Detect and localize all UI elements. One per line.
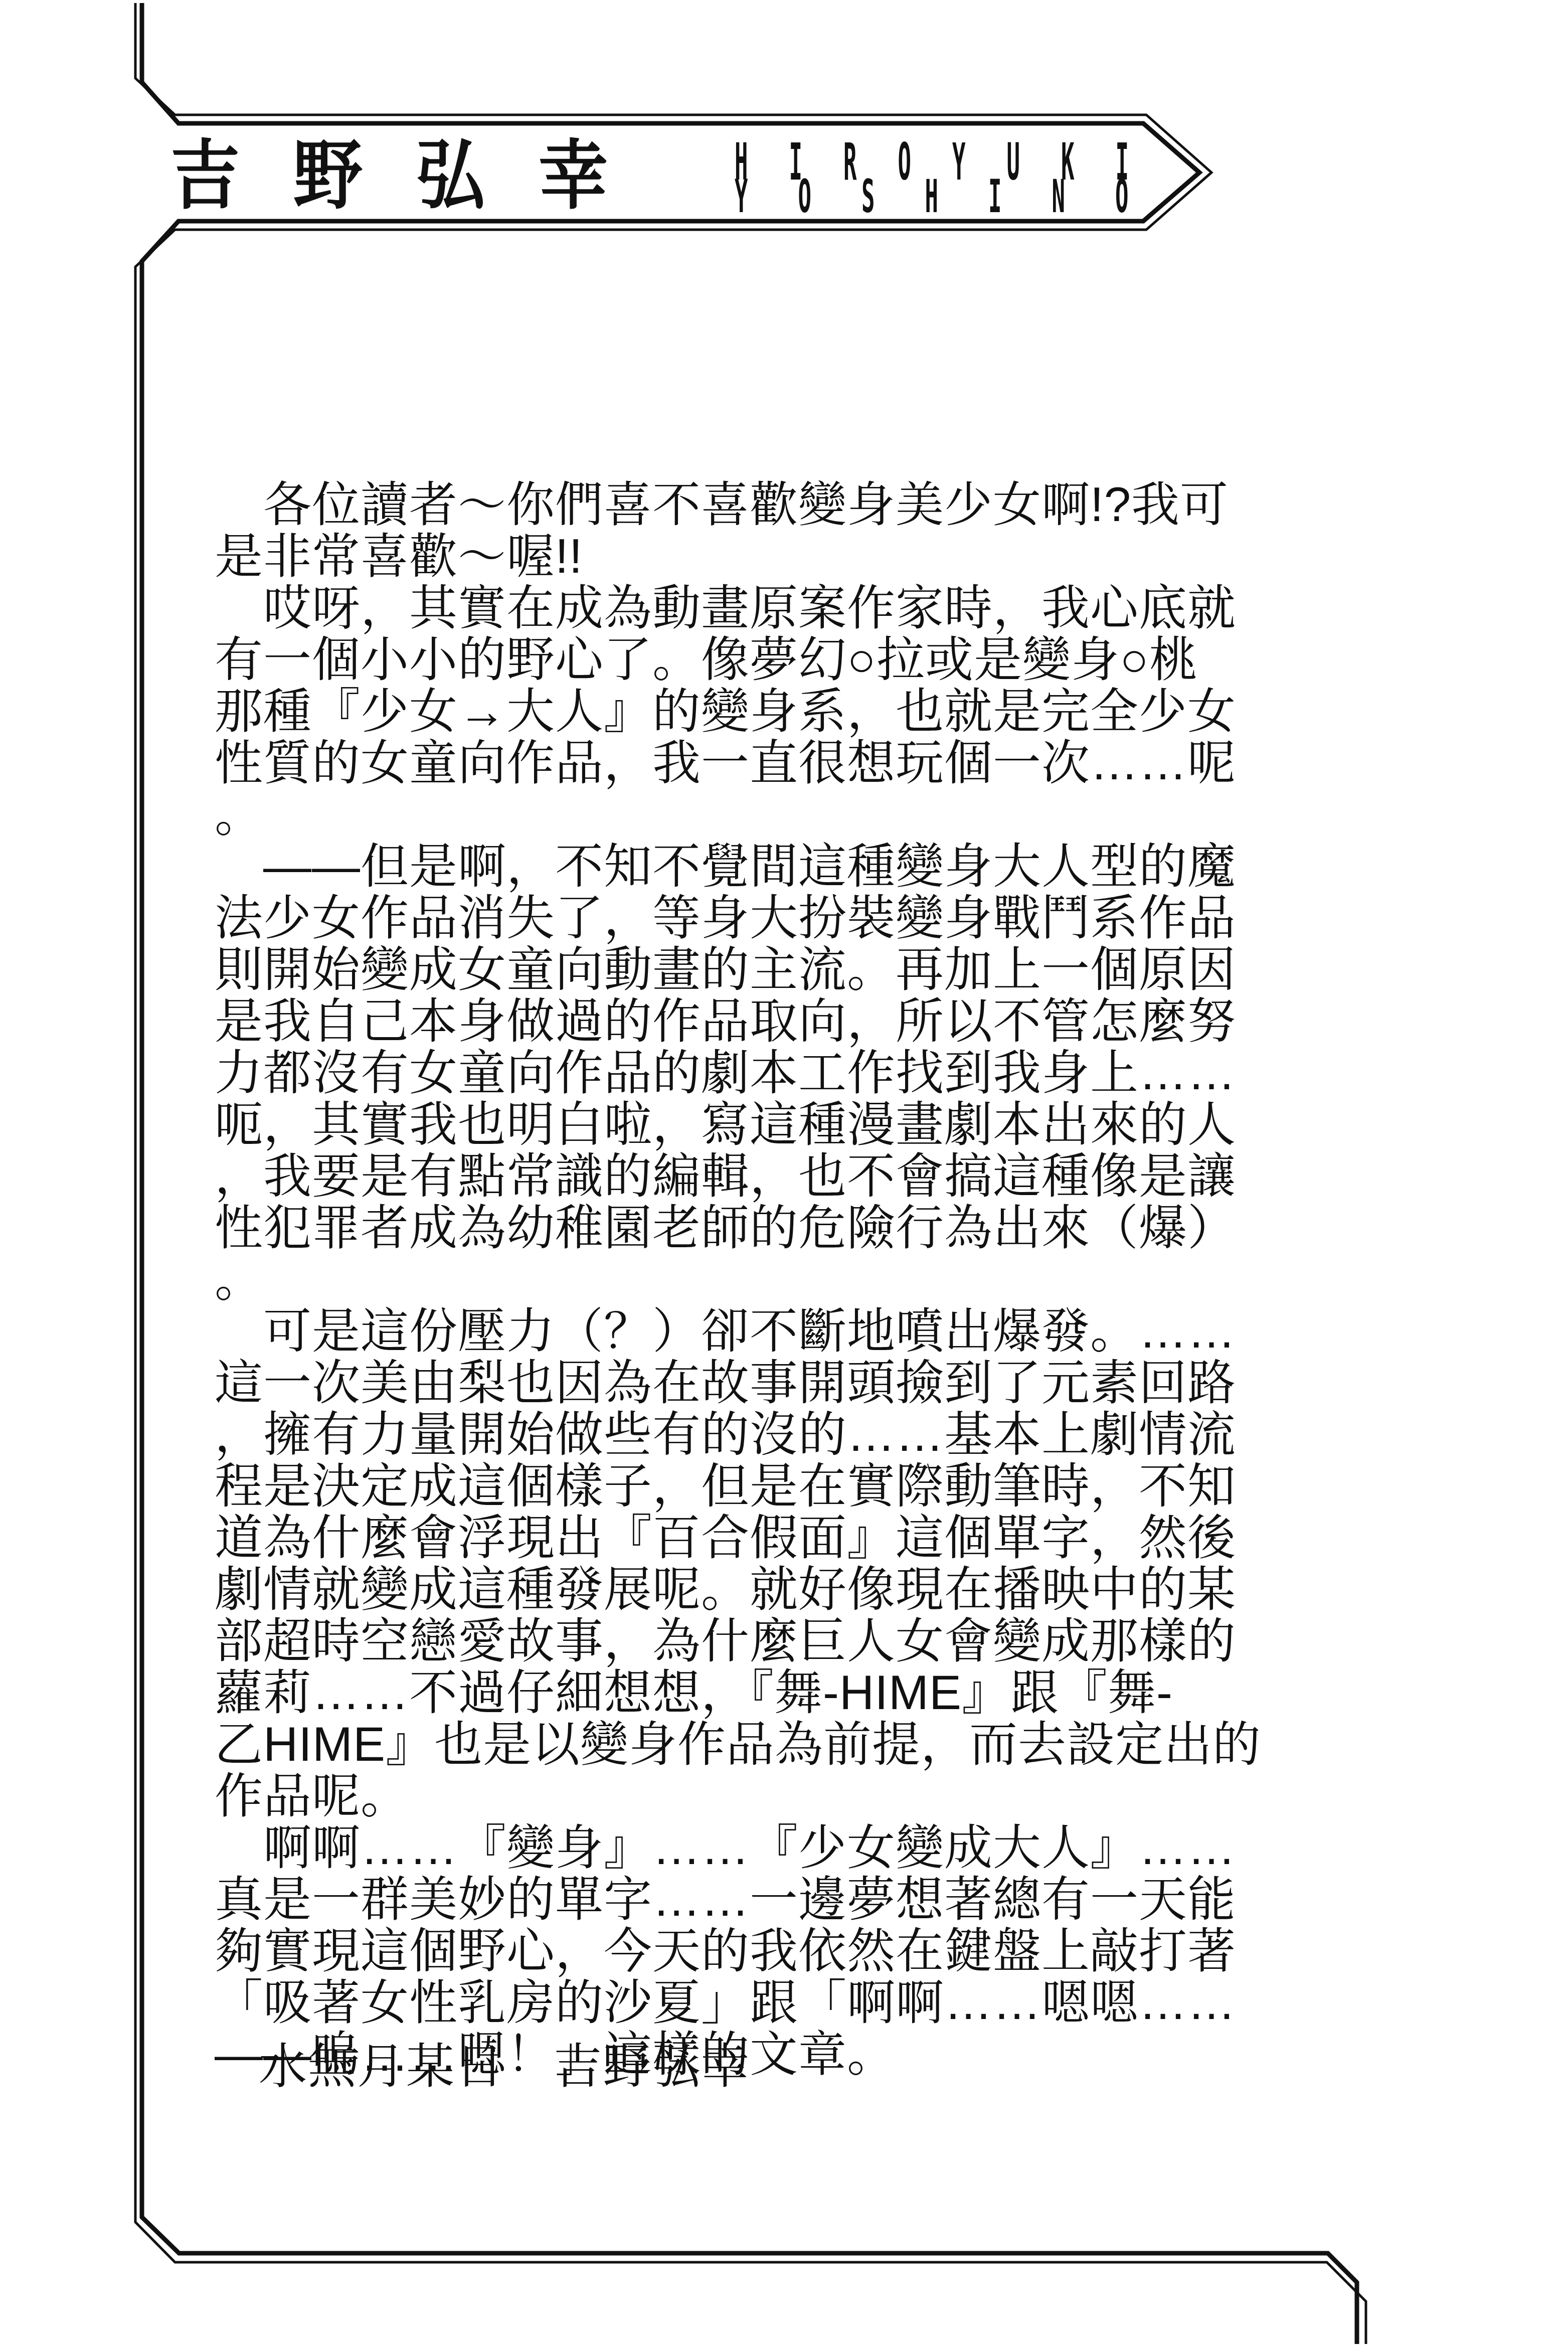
afterword-line: 是非常喜歡～喔!! — [215, 531, 1273, 582]
afterword-line: 「吸著女性乳房的沙夏」跟「啊啊……嗯嗯…… — [215, 1977, 1273, 2029]
afterword-line: 呃，其實我也明白啦，寫這種漫畫劇本出來的人 — [215, 1099, 1273, 1150]
afterword-line: ——但是啊，不知不覺間這種變身大人型的魔 — [215, 841, 1273, 892]
romaji-bottom-text: YOSHINO — [735, 171, 1178, 224]
afterword-line: 。 — [215, 789, 1273, 841]
afterword-line: 道為什麼會浮現出『百合假面』這個單字，然後 — [215, 1512, 1273, 1564]
afterword-line: 有一個小小的野心了。像夢幻○拉或是變身○桃 — [215, 634, 1273, 686]
afterword-line: 性犯罪者成為幼稚園老師的危險行為出來（爆） — [215, 1202, 1273, 1254]
afterword-line: 真是一群美妙的單字……一邊夢想著總有一天能 — [215, 1874, 1273, 1925]
afterword-line: 程是決定成這個樣子，但是在實際動筆時，不知 — [215, 1460, 1273, 1512]
afterword-line: 那種『少女→大人』的變身系，也就是完全少女 — [215, 686, 1273, 737]
signature-line: 水無月某日 吉野弘幸 — [259, 2039, 750, 2094]
afterword-line: 可是這份壓力（？）卻不斷地噴出爆發。…… — [215, 1305, 1273, 1357]
author-name-romaji-last: YOSHINO — [735, 171, 1136, 224]
afterword-line: 作品呢。 — [215, 1770, 1273, 1822]
afterword-line: 劇情就變成這種發展呢。就好像現在播映中的某 — [215, 1564, 1273, 1615]
afterword-line: 性質的女童向作品，我一直很想玩個一次……呢 — [215, 737, 1273, 789]
afterword-line: ，擁有力量開始做些有的沒的……基本上劇情流 — [215, 1409, 1273, 1460]
afterword-line: 力都沒有女童向作品的劇本工作找到我身上…… — [215, 1047, 1273, 1099]
author-name-kanji: 吉野弘幸 — [170, 126, 661, 225]
afterword-line: 部超時空戀愛故事，為什麼巨人女會變成那樣的 — [215, 1615, 1273, 1667]
afterword-line: 哎呀，其實在成為動畫原案作家時，我心底就 — [215, 582, 1273, 634]
afterword-line: 啊啊……『變身』……『少女變成大人』…… — [215, 1822, 1273, 1874]
afterword-line: 法少女作品消失了，等身大扮裝變身戰鬥系作品 — [215, 892, 1273, 944]
afterword-line: 乙HIME』也是以變身作品為前提，而去設定出的 — [215, 1719, 1273, 1770]
afterword-text: 各位讀者～你們喜不喜歡變身美少女啊!?我可是非常喜歡～喔!! 哎呀，其實在成為動… — [215, 324, 1273, 2080]
afterword-line: 。 — [215, 1254, 1273, 1305]
afterword-line: 各位讀者～你們喜不喜歡變身美少女啊!?我可 — [215, 479, 1273, 531]
afterword-line: 蘿莉……不過仔細想想，『舞-HIME』跟『舞- — [215, 1667, 1273, 1719]
afterword-line: 夠實現這個野心，今天的我依然在鍵盤上敲打著 — [215, 1925, 1273, 1977]
afterword-line: ，我要是有點常識的編輯，也不會搞這種像是讓 — [215, 1150, 1273, 1202]
afterword-line: 這一次美由梨也因為在故事開頭撿到了元素回路 — [215, 1357, 1273, 1409]
manga-afterword-page: 吉野弘幸 HIROYUKI YOSHINO 各位讀者～你們喜不喜歡變身美少女啊!… — [0, 0, 1568, 2346]
afterword-line: 是我自己本身做過的作品取向，所以不管怎麼努 — [215, 995, 1273, 1047]
afterword-line: 則開始變成女童向動畫的主流。再加上一個原因 — [215, 944, 1273, 995]
